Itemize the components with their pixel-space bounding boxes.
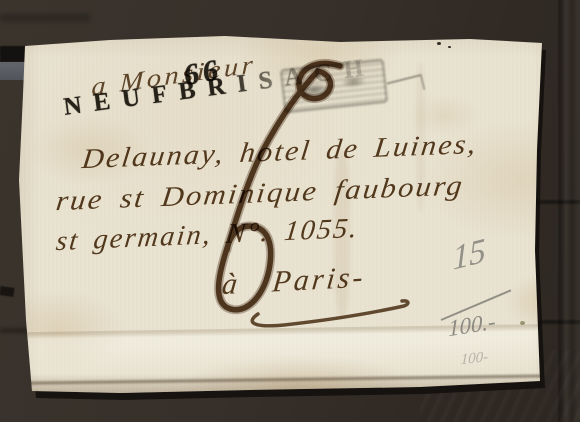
paris-underline-flourish — [0, 0, 580, 422]
surface-mark — [0, 286, 15, 297]
wood-seam — [0, 46, 27, 62]
surface-gray-strip — [0, 62, 25, 80]
wood-seam — [0, 14, 90, 22]
letter-photograph: NEUFBRISACH 66 a Monsieur Delaunay, hote… — [0, 0, 580, 422]
letter-paper: NEUFBRISACH 66 a Monsieur Delaunay, hote… — [0, 0, 580, 422]
pencil-annotation-15: 15 — [452, 232, 486, 279]
pencil-annotation-100-faint: 100- — [460, 349, 488, 369]
